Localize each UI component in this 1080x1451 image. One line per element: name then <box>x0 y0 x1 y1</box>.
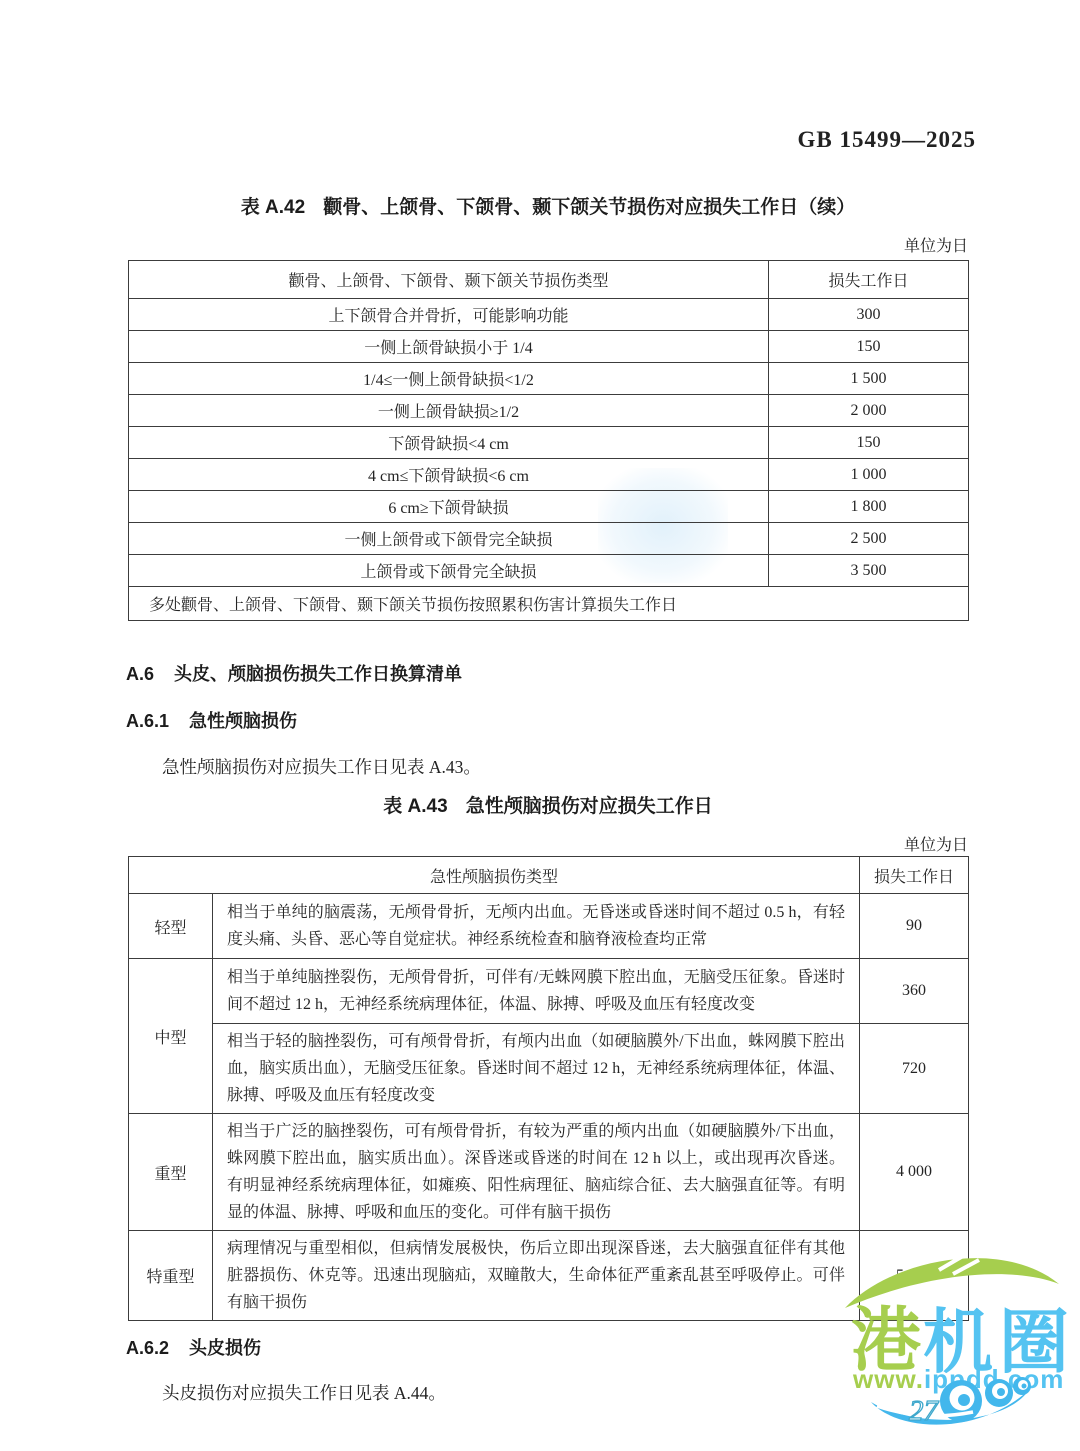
wave-spiral-medium-core <box>997 1388 1005 1396</box>
watermark-url-www: www. <box>852 1364 924 1394</box>
lost-days: 5 800 <box>860 1231 969 1321</box>
page-number: 27 <box>909 1395 940 1427</box>
injury-type: 一侧上颌骨或下颌骨完全缺损 <box>129 523 769 555</box>
section-a61-heading: A.6.1急性颅脑损伤 <box>126 707 297 733</box>
grade-cell: 特重型 <box>129 1231 213 1321</box>
table-a43-unit-label: 单位为日 <box>128 832 968 855</box>
description-cell: 相当于单纯脑挫裂伤，无颅骨骨折，可伴有/无蛛网膜下腔出血，无脑受压征象。昏迷时间… <box>213 959 860 1024</box>
section-a61-number: A.6.1 <box>126 711 169 731</box>
table-a42-unit-label: 单位为日 <box>128 233 968 256</box>
watermark-url: www.ippdd.com <box>852 1364 1064 1394</box>
description-cell: 相当于广泛的脑挫裂伤，可有颅骨骨折，有较为严重的颅内出血（如硬脑膜外/下出血，蛛… <box>213 1114 860 1231</box>
lost-days: 150 <box>769 331 969 363</box>
wave-spiral-large <box>940 1380 982 1422</box>
table-row: 上下颌骨合并骨折，可能影响功能300 <box>129 299 969 331</box>
table-a43: 急性颅脑损伤类型 损失工作日 轻型 相当于单纯的脑震荡，无颅骨骨折，无颅内出血。… <box>128 856 969 1321</box>
lost-days: 1 800 <box>769 491 969 523</box>
table-note-row: 多处颧骨、上颌骨、下颌骨、颞下颌关节损伤按照累积伤害计算损失工作日 <box>129 587 969 621</box>
grade-cell: 中型 <box>129 959 213 1114</box>
lost-days: 3 500 <box>769 555 969 587</box>
table-a43-col-days: 损失工作日 <box>860 857 969 894</box>
document-page: { "page": { "doc_number": "GB 15499—2025… <box>0 0 1080 1451</box>
table-row: 特重型 病理情况与重型相似，但病情发展极快，伤后立即出现深昏迷，去大脑强直征伴有… <box>129 1231 969 1321</box>
description-cell: 相当于轻的脑挫裂伤，可有颅骨骨折，有颅内出血（如硬脑膜外/下出血，蛛网膜下腔出血… <box>213 1024 860 1114</box>
injury-type: 一侧上颌骨缺损小于 1/4 <box>129 331 769 363</box>
table-a42-title-text: 颧骨、上颌骨、下颌骨、颞下颌关节损伤对应损失工作日（续） <box>323 197 855 218</box>
table-a42-header-row: 颧骨、上颌骨、下颌骨、颞下颌关节损伤类型 损失工作日 <box>129 261 969 299</box>
table-row: 4 cm≤下颌骨缺损<6 cm1 000 <box>129 459 969 491</box>
description-cell: 相当于单纯的脑震荡，无颅骨骨折，无颅内出血。无昏迷或昏迷时间不超过 0.5 h，… <box>213 894 860 959</box>
wave-shape <box>871 1390 1029 1425</box>
table-a43-header-row: 急性颅脑损伤类型 损失工作日 <box>129 857 969 894</box>
grade-cell: 重型 <box>129 1114 213 1231</box>
lost-days: 720 <box>860 1024 969 1114</box>
watermark-url-domain: ippdd.com <box>924 1364 1064 1394</box>
lost-days: 300 <box>769 299 969 331</box>
table-a42: 颧骨、上颌骨、下颌骨、颞下颌关节损伤类型 损失工作日 上下颌骨合并骨折，可能影响… <box>128 260 969 621</box>
paragraph-a61: 急性颅脑损伤对应损失工作日见表 A.43。 <box>162 754 481 779</box>
wave-spiral-medium-inner <box>992 1383 1008 1399</box>
table-a42-col-days: 损失工作日 <box>769 261 969 299</box>
table-row: 相当于轻的脑挫裂伤，可有颅骨骨折，有颅内出血（如硬脑膜外/下出血，蛛网膜下腔出血… <box>129 1024 969 1114</box>
lost-days: 2 500 <box>769 523 969 555</box>
section-a6-heading: A.6头皮、颅脑损伤损失工作日换算清单 <box>126 660 462 686</box>
table-row: 上颌骨或下颌骨完全缺损3 500 <box>129 555 969 587</box>
grade-cell: 轻型 <box>129 894 213 959</box>
wave-spiral-small-inner <box>1018 1380 1028 1390</box>
table-a43-col-type: 急性颅脑损伤类型 <box>129 857 860 894</box>
injury-type: 上下颌骨合并骨折，可能影响功能 <box>129 299 769 331</box>
section-a61-title: 急性颅脑损伤 <box>189 711 297 731</box>
lost-days: 1 000 <box>769 459 969 491</box>
table-row: 中型 相当于单纯脑挫裂伤，无颅骨骨折，可伴有/无蛛网膜下腔出血，无脑受压征象。昏… <box>129 959 969 1024</box>
wave-highlight <box>877 1406 973 1416</box>
injury-type: 6 cm≥下颌骨缺损 <box>129 491 769 523</box>
section-a62-heading: A.6.2头皮损伤 <box>126 1334 261 1360</box>
wave-spiral-large-inner <box>950 1386 975 1411</box>
table-a43-title-text: 急性颅脑损伤对应损失工作日 <box>466 796 713 817</box>
watermark-char-quan: 圈 <box>999 1303 1069 1381</box>
wave-spiral-small-core <box>1022 1384 1027 1389</box>
lost-days: 90 <box>860 894 969 959</box>
section-a62-title: 头皮损伤 <box>189 1338 261 1358</box>
injury-type: 下颌骨缺损<4 cm <box>129 427 769 459</box>
table-row: 轻型 相当于单纯的脑震荡，无颅骨骨折，无颅内出血。无昏迷或昏迷时间不超过 0.5… <box>129 894 969 959</box>
lost-days: 1 500 <box>769 363 969 395</box>
section-a62-number: A.6.2 <box>126 1338 169 1358</box>
injury-type: 一侧上颌骨缺损≥1/2 <box>129 395 769 427</box>
table-row: 一侧上颌骨或下颌骨完全缺损2 500 <box>129 523 969 555</box>
table-a43-title: 表 A.43急性颅脑损伤对应损失工作日 <box>128 791 968 818</box>
table-row: 6 cm≥下颌骨缺损1 800 <box>129 491 969 523</box>
section-a6-title: 头皮、颅脑损伤损失工作日换算清单 <box>174 664 462 684</box>
lost-days: 2 000 <box>769 395 969 427</box>
injury-type: 1/4≤一侧上颌骨缺损<1/2 <box>129 363 769 395</box>
lost-days: 150 <box>769 427 969 459</box>
doc-number: GB 15499—2025 <box>798 127 976 153</box>
injury-type: 4 cm≤下颌骨缺损<6 cm <box>129 459 769 491</box>
wave-spiral-small <box>1013 1377 1031 1395</box>
table-a42-title: 表 A.42颧骨、上颌骨、下颌骨、颞下颌关节损伤对应损失工作日（续） <box>128 192 968 219</box>
paragraph-a62: 头皮损伤对应损失工作日见表 A.44。 <box>162 1380 446 1405</box>
table-a42-note: 多处颧骨、上颌骨、下颌骨、颞下颌关节损伤按照累积伤害计算损失工作日 <box>129 587 969 621</box>
table-row: 一侧上颌骨缺损小于 1/4150 <box>129 331 969 363</box>
table-a43-label: 表 A.43 <box>383 796 447 817</box>
injury-type: 上颌骨或下颌骨完全缺损 <box>129 555 769 587</box>
section-a6-number: A.6 <box>126 664 154 684</box>
table-row: 重型 相当于广泛的脑挫裂伤，可有颅骨骨折，有较为严重的颅内出血（如硬脑膜外/下出… <box>129 1114 969 1231</box>
table-a42-label: 表 A.42 <box>241 197 305 218</box>
table-row: 下颌骨缺损<4 cm150 <box>129 427 969 459</box>
table-row: 1/4≤一侧上颌骨缺损<1/21 500 <box>129 363 969 395</box>
lost-days: 4 000 <box>860 1114 969 1231</box>
wave-spiral-large-core <box>958 1394 970 1406</box>
table-row: 一侧上颌骨缺损≥1/22 000 <box>129 395 969 427</box>
table-a42-col-type: 颧骨、上颌骨、下颌骨、颞下颌关节损伤类型 <box>129 261 769 299</box>
wave-spiral-medium <box>985 1379 1013 1407</box>
lost-days: 360 <box>860 959 969 1024</box>
description-cell: 病理情况与重型相似，但病情发展极快，伤后立即出现深昏迷，去大脑强直征伴有其他脏器… <box>213 1231 860 1321</box>
